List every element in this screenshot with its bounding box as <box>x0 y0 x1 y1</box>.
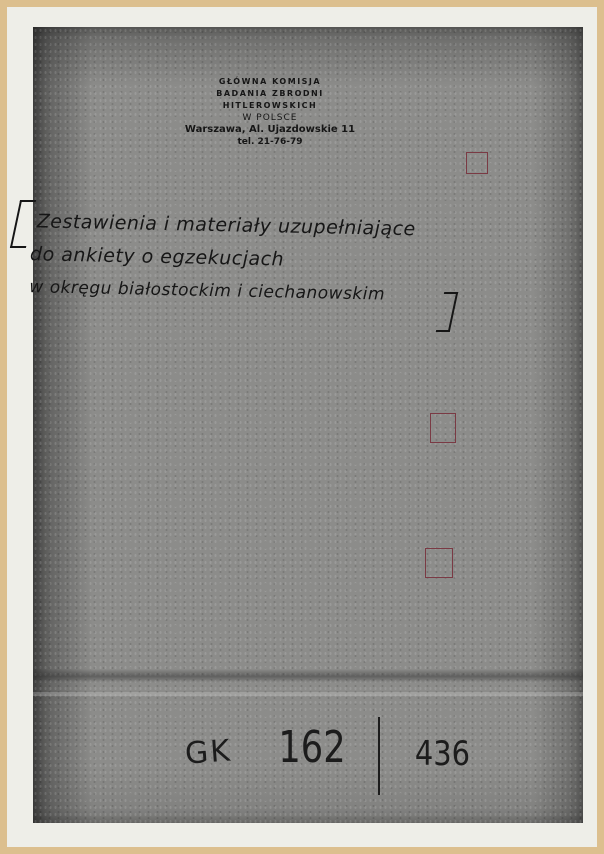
stamp-line-5: tel. 21-76-79 <box>170 136 370 148</box>
stamp-line-3: W POLSCE <box>170 112 370 124</box>
stamp-line-1: GŁÓWNA KOMISJA <box>170 76 370 88</box>
archive-stamp-mark <box>425 548 453 578</box>
signature-page-number: 436 <box>415 734 470 774</box>
document-title: Zestawienia i materiały uzupełniające do… <box>29 205 491 314</box>
signature-separator <box>378 717 380 795</box>
fold-highlight <box>33 692 583 696</box>
archive-stamp-mark <box>430 413 456 443</box>
stamp-line-2: BADANIA ZBRODNI HITLEROWSKICH <box>170 88 370 112</box>
stamp-line-4: Warszawa, Al. Ujazdowskie 11 <box>170 124 370 136</box>
signature-prefix: GK <box>184 733 233 771</box>
fold-crease <box>33 669 583 683</box>
archive-stamp-mark <box>466 152 488 174</box>
signature-collection-number: 162 <box>278 722 345 773</box>
institution-stamp: GŁÓWNA KOMISJA BADANIA ZBRODNI HITLEROWS… <box>170 76 370 148</box>
